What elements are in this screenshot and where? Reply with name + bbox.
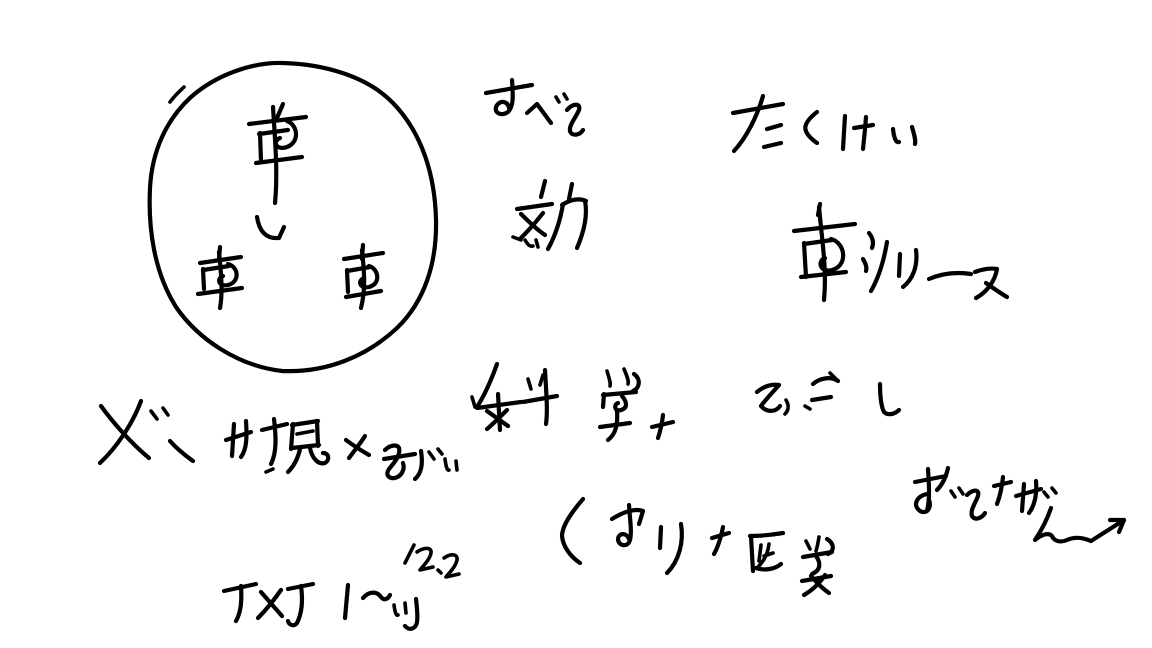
stroke: [804, 243, 806, 277]
stroke: [260, 133, 261, 161]
stroke: [317, 421, 318, 446]
stroke: [345, 585, 348, 618]
stroke: [498, 394, 500, 430]
handwriting-hikkoshi: [757, 373, 899, 414]
stroke: [536, 240, 538, 247]
stroke: [893, 129, 899, 142]
circle-group: [150, 63, 436, 371]
stroke: [347, 270, 348, 292]
stroke: [794, 224, 855, 231]
stroke: [624, 369, 628, 384]
stroke: [445, 459, 449, 470]
stroke: [540, 375, 543, 385]
stroke: [297, 431, 313, 434]
handwriting-shin: [513, 181, 586, 249]
stroke: [347, 267, 370, 271]
stray-stroke: [170, 87, 184, 102]
stroke: [734, 96, 763, 151]
stroke: [714, 527, 723, 554]
stroke: [880, 384, 899, 414]
stroke: [569, 184, 572, 199]
stroke: [236, 586, 241, 621]
drawing-canvas: [0, 0, 1152, 648]
kanji-kuruma-right: [344, 245, 383, 308]
stroke: [1035, 508, 1091, 541]
stroke: [751, 536, 753, 571]
stroke: [843, 116, 845, 149]
stroke: [951, 491, 955, 497]
stroke: [257, 217, 284, 238]
handwriting-kagaku-plus: [477, 364, 673, 440]
stroke: [541, 181, 545, 197]
handwriting-oishii: [915, 468, 1124, 541]
circle-outline: [150, 63, 436, 371]
stroke: [564, 94, 567, 99]
stroke: [603, 392, 636, 395]
stroke: [577, 201, 586, 248]
stroke: [384, 454, 415, 459]
stroke: [562, 199, 586, 205]
stroke: [548, 204, 563, 249]
stroke: [291, 424, 293, 449]
stroke: [292, 445, 319, 448]
stroke: [812, 397, 831, 400]
stroke: [912, 127, 915, 144]
stroke: [523, 396, 557, 402]
stroke: [163, 408, 168, 415]
handwriting-takuhai: [733, 96, 915, 151]
stroke: [805, 406, 810, 409]
stroke: [310, 448, 328, 463]
stroke: [273, 107, 276, 203]
stroke: [363, 593, 390, 600]
stroke: [785, 400, 788, 414]
stroke: [385, 446, 404, 479]
stroke: [767, 125, 781, 129]
stroke: [527, 104, 551, 123]
stroke: [633, 374, 639, 391]
handwriting-kuruma-series: [794, 204, 1007, 300]
kanji-kuruma-left: [198, 247, 242, 308]
stroke: [899, 254, 900, 276]
stroke: [151, 411, 157, 419]
stroke: [438, 449, 442, 454]
handwriting-txt: [224, 584, 417, 629]
stroke: [869, 233, 873, 248]
handwriting-sebi-phrase: [100, 397, 475, 479]
stroke: [997, 477, 1003, 504]
kanji-kuruma-top: [249, 104, 306, 203]
stroke: [405, 545, 414, 563]
stroke: [528, 379, 531, 389]
stroke: [276, 121, 296, 148]
stroke: [1029, 481, 1036, 513]
stroke: [959, 488, 963, 494]
stroke: [288, 586, 302, 625]
stroke: [405, 603, 406, 613]
stroke: [496, 80, 513, 114]
handwriting-kusuri-igaku: [562, 499, 833, 595]
stroke: [819, 207, 825, 300]
stroke: [764, 143, 781, 147]
stroke: [472, 397, 475, 407]
stroke: [863, 117, 866, 149]
stroke: [525, 240, 533, 246]
stroke: [477, 364, 497, 407]
down-arrow-icon: [257, 217, 284, 238]
stroke: [545, 370, 547, 424]
stroke: [1044, 492, 1048, 497]
up-right-arrow-icon: [1091, 520, 1124, 541]
stroke: [219, 252, 222, 308]
stroke: [1022, 484, 1024, 511]
handwriting-subete: [486, 80, 583, 135]
stroke: [203, 266, 229, 270]
handwriting-superscript-12-2: [405, 545, 459, 577]
stroke: [556, 97, 559, 102]
stroke: [429, 452, 434, 459]
stroke: [607, 371, 610, 386]
stroke: [863, 259, 866, 271]
stroke: [277, 104, 283, 118]
sketch-svg: [0, 0, 1152, 648]
stroke: [1052, 488, 1056, 493]
stroke: [241, 421, 246, 457]
stroke: [349, 436, 365, 458]
stroke: [757, 385, 780, 411]
stroke: [750, 533, 783, 536]
stroke: [567, 105, 583, 135]
stroke: [486, 85, 532, 93]
stroke: [456, 461, 457, 470]
stroke: [292, 421, 318, 425]
stroke: [438, 570, 441, 573]
stroke: [967, 491, 985, 519]
stroke: [417, 548, 433, 570]
stroke: [232, 424, 234, 456]
stroke: [805, 112, 817, 143]
stroke: [812, 556, 819, 574]
stroke: [562, 499, 583, 563]
stroke: [903, 250, 916, 287]
stroke: [444, 555, 459, 577]
stroke: [804, 240, 832, 244]
stroke: [667, 524, 682, 573]
stroke: [288, 449, 300, 472]
stroke: [816, 537, 819, 551]
stroke: [806, 541, 810, 549]
stroke: [929, 273, 971, 279]
stroke: [759, 545, 761, 561]
stroke: [517, 204, 552, 209]
stroke: [394, 605, 398, 615]
stroke: [266, 469, 273, 472]
stroke: [170, 441, 193, 461]
stroke: [660, 527, 661, 548]
